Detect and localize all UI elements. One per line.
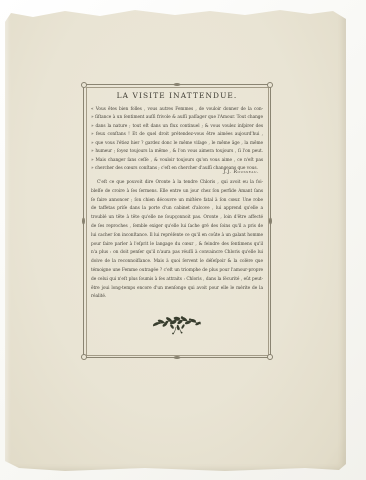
frame-corner-ornament — [267, 82, 273, 88]
caption-line: n'a plus : on doit penſer qu'il n'aura p… — [91, 249, 263, 258]
frame-corner-ornament — [267, 354, 273, 360]
frame-corner-ornament — [81, 82, 87, 88]
rousseau-quote-block: « Vous êtes bien folles , vous autres Fe… — [91, 106, 263, 174]
caption-line: lui cacher ſon inconſtance. Il lui repré… — [91, 232, 263, 241]
quote-line: » feux conſtans ! Et de quel droit préte… — [91, 131, 263, 140]
caption-line: être joui long-temps encore d'un menſong… — [91, 285, 263, 294]
quote-attribution: J.J. Rousseau. — [91, 170, 259, 175]
frame-right-center-ornament — [269, 218, 272, 225]
caption-line: C'eſt ce que pouvoit dire Oronte à la te… — [91, 179, 263, 188]
caption-line: de taffetas priſe dans la porte d'un cab… — [91, 205, 263, 214]
frame-top-center-ornament — [174, 83, 181, 86]
frame-corner-ornament — [81, 354, 87, 360]
floral-vignette-icon — [149, 309, 205, 341]
quote-line: » ſiſtance à un ſentiment auſſi frivole … — [91, 114, 263, 123]
caption-line: de celui qui n'eſt plus ſoumis à ſes att… — [91, 276, 263, 285]
caption-line: doive de la reconnoiſſance. Mais à quoi … — [91, 258, 263, 267]
engraved-border-frame: LA VISITE INATTENDUE. « Vous êtes bien f… — [83, 84, 271, 358]
quote-line: » que vous l'étiez hier ? gardez donc le… — [91, 140, 263, 149]
page-title: LA VISITE INATTENDUE. — [84, 91, 270, 100]
caption-line: bleſſe de croire à ſes ſermens. Elle ent… — [91, 188, 263, 197]
caption-line: pour faire parler à l'eſprit le langage … — [91, 241, 263, 250]
caption-paragraph-block: C'eſt ce que pouvoit dire Oronte à la te… — [91, 179, 263, 302]
quote-line: « Vous êtes bien folles , vous autres Fe… — [91, 106, 263, 115]
frame-left-center-ornament — [82, 218, 85, 225]
quote-line: » dans la nature ; tout eſt dans un flux… — [91, 123, 263, 132]
caption-line: témoigne une Femme outragée ? c'eſt un t… — [91, 267, 263, 276]
frame-bottom-center-ornament — [174, 356, 181, 359]
quote-line: » humeur ; ſoyez toujours la même , & l'… — [91, 148, 263, 157]
caption-line: troublé un tête à tête qu'elle ne ſoupço… — [91, 214, 263, 223]
scanned-print-page: LA VISITE INATTENDUE. « Vous êtes bien f… — [0, 0, 366, 480]
caption-line: réalité. — [91, 293, 263, 302]
caption-line: ſe faire annoncer ; ſon chien découvre u… — [91, 197, 263, 206]
caption-line: de ſes reproches , ſemble exiger qu'elle… — [91, 223, 263, 232]
quote-line: » Mais changer ſans ceſſe , & vouloir to… — [91, 157, 263, 166]
paper-sheet: LA VISITE INATTENDUE. « Vous êtes bien f… — [5, 6, 346, 472]
